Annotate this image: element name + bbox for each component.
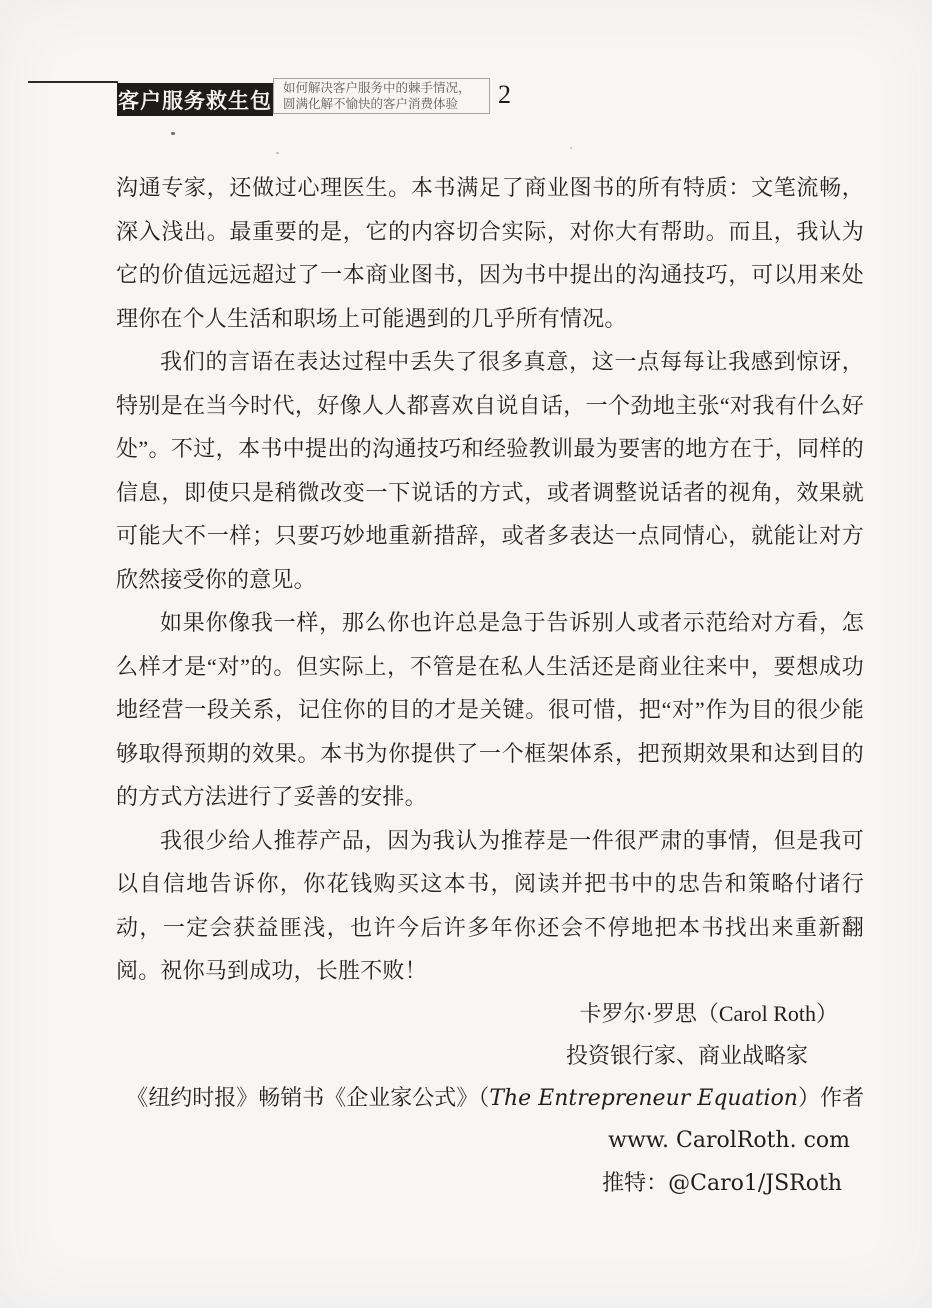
signature-twitter-handle: @Caro1/JSRoth xyxy=(668,1171,842,1196)
signature-credentials-suffix: ）作者 xyxy=(798,1085,864,1110)
header-rule xyxy=(28,81,118,83)
scan-speck xyxy=(171,132,175,135)
signature-author: 卡罗尔·罗思（Carol Roth） xyxy=(116,993,864,1035)
signature-twitter-label: 推特： xyxy=(602,1170,668,1195)
body-paragraph: 如果你像我一样，那么你也许总是急于告诉别人或者示范给对方看，怎么样才是“对”的。… xyxy=(116,601,864,819)
header-subtitle-line1: 如何解决客户服务中的棘手情况， xyxy=(283,80,489,96)
signature-credentials-prefix: 《纽约时报》畅销书《企业家公式》（ xyxy=(126,1085,489,1110)
signature-title: 投资银行家、商业战略家 xyxy=(116,1035,864,1077)
signature-credentials-latin-title: The Entrepreneur Equation xyxy=(489,1086,798,1111)
body-paragraph: 我很少给人推荐产品，因为我认为推荐是一件很严肃的事情，但是我可以自信地告诉你，你… xyxy=(116,819,864,993)
page-number: 2 xyxy=(498,80,511,110)
scan-speck xyxy=(570,147,572,149)
header-subtitle-line2: 圆满化解不愉快的客户消费体验 xyxy=(283,96,489,112)
series-title-badge: 客户服务救生包 xyxy=(117,83,273,116)
scan-speck xyxy=(276,152,279,154)
signature-block: 卡罗尔·罗思（Carol Roth） 投资银行家、商业战略家 《纽约时报》畅销书… xyxy=(116,993,864,1205)
signature-twitter: 推特：@Caro1/JSRoth xyxy=(116,1162,864,1205)
header-subtitle-box: 如何解决客户服务中的棘手情况， 圆满化解不愉快的客户消费体验 xyxy=(273,78,490,114)
series-title: 客户服务救生包 xyxy=(118,85,272,115)
signature-credentials: 《纽约时报》畅销书《企业家公式》（The Entrepreneur Equati… xyxy=(116,1077,864,1120)
signature-website: www. CarolRoth. com xyxy=(116,1120,864,1162)
body-paragraph: 我们的言语在表达过程中丢失了很多真意，这一点每每让我感到惊讶，特别是在当今时代，… xyxy=(116,340,864,601)
book-page: 客户服务救生包 如何解决客户服务中的棘手情况， 圆满化解不愉快的客户消费体验 2… xyxy=(0,0,932,1308)
body-text: 沟通专家，还做过心理医生。本书满足了商业图书的所有特质：文笔流畅，深入浅出。最重… xyxy=(116,166,864,993)
body-paragraph: 沟通专家，还做过心理医生。本书满足了商业图书的所有特质：文笔流畅，深入浅出。最重… xyxy=(116,166,864,340)
